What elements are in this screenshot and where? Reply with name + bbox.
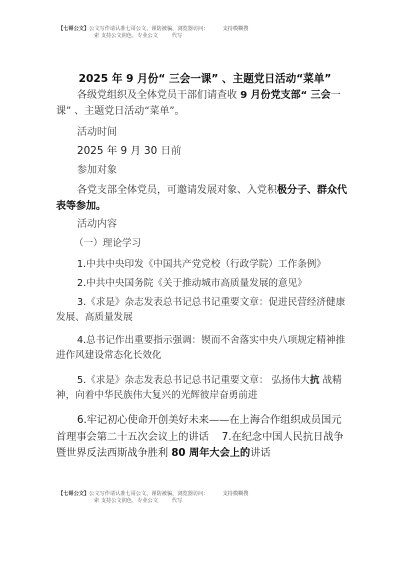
list-item-1: 1.中共中央印发《中国共产党党校（行政学院）工作条例》 xyxy=(56,257,348,272)
document-title: 2025 年 9 月份“ 三会一课” 、主题党日活动“菜单” xyxy=(62,70,348,88)
content-label: 活动内容 xyxy=(56,215,348,234)
footer-banner-tail: 支持模糊搜 xyxy=(222,491,248,497)
intro-highlight: 9 月份党支部“ 三会 xyxy=(240,90,331,101)
list-item-2: 2.中共中央国务院《关于推动城市高质量发展的意见》 xyxy=(56,276,348,291)
header-banner-brand: 【七哥公文】 xyxy=(58,26,89,32)
time-value-suffix: 日前 xyxy=(161,145,182,157)
footer-banner-line2-text: 索 支持公文润色，专业公文 xyxy=(94,498,158,504)
audience-paragraph: 各党支部全体党员，可邀请发展对象、入党积极分子、群众代表等参加。 xyxy=(56,183,348,215)
header-banner-line1: 【七哥公文】公文写作请认准七哥公文，谨防被骗，浏览器访问：支持模糊搜 xyxy=(58,26,308,33)
header-banner-text: 公文写作请认准七哥公文，谨防被骗，浏览器访问： xyxy=(89,26,208,32)
footer-banner-line2-tail: 代写 xyxy=(172,498,182,504)
audience-prefix: 各党支部全体党员，可邀请发展对象、入党积 xyxy=(77,185,277,196)
footer-banner-line1: 【七哥公文】公文写作请认准七哥公文，谨防被骗，浏览器访问：支持模糊搜 xyxy=(58,491,308,498)
item-number: 1. xyxy=(77,259,86,270)
header-banner-line2: 索 支持公文润色，专业公文代写 xyxy=(58,33,308,40)
item-text: 《求是》杂志发表总书记总书记重要文章：促进民营经济健康发展、高质量发展 xyxy=(56,297,345,323)
intro-paragraph: 各级党组织及全体党员干部们请查收 9 月份党支部“ 三会一课” 、主题党日活动“… xyxy=(56,88,348,120)
time-value: 2025 年 9 月 30 日前 xyxy=(56,142,348,161)
header-banner-tail: 支持模糊搜 xyxy=(222,26,248,32)
header-banner: 【七哥公文】公文写作请认准七哥公文，谨防被骗，浏览器访问：支持模糊搜 索 支持公… xyxy=(58,26,308,40)
audience-label: 参加对象 xyxy=(56,161,348,180)
list-item-4: 4.总书记作出重要指示强调：锲而不舍落实中央八项规定精神推进作风建设常态化长效化 xyxy=(56,333,348,363)
item-number: 4. xyxy=(77,335,86,346)
footer-banner: 【七哥公文】公文写作请认准七哥公文，谨防被骗，浏览器访问：支持模糊搜 索 支持公… xyxy=(58,491,308,505)
list-item-5: 5.《求是》杂志发表总书记总书记重要文章： 弘扬伟大抗 战精神，向着中华民族伟大… xyxy=(56,373,348,403)
item-number: 5. xyxy=(77,375,86,386)
document-body: 2025 年 9 月份“ 三会一课” 、主题党日活动“菜单” 各级党组织及全体党… xyxy=(56,70,348,463)
list-item-3: 3.《求是》杂志发表总书记总书记重要文章：促进民营经济健康发展、高质量发展 xyxy=(56,295,348,325)
item-text: 总书记作出重要指示强调：锲而不舍落实中央八项规定精神推进作风建设常态化长效化 xyxy=(56,335,345,361)
intro-prefix: 各级党组织及全体党员干部们请查收 xyxy=(77,90,240,101)
item-number: 7. xyxy=(222,432,232,443)
item-text: 中共中央国务院《关于推动城市高质量发展的意见》 xyxy=(86,278,307,289)
item-text-suffix: 讲话 xyxy=(250,448,270,459)
header-banner-line2-text: 索 支持公文润色，专业公文 xyxy=(94,33,158,39)
item-number: 2. xyxy=(77,278,86,289)
footer-banner-line2: 索 支持公文润色，专业公文代写 xyxy=(58,498,308,505)
list-item-6-7: 6.牢记初心使命开创美好未来——在上海合作组织成员国元首理事会第二十五次会议上的… xyxy=(56,413,348,463)
item-number: 3. xyxy=(77,297,86,308)
footer-banner-brand: 【七哥公文】 xyxy=(58,491,89,497)
time-label: 活动时间 xyxy=(56,123,348,142)
item-text-bold: 80 周年大会上的 xyxy=(171,448,250,459)
footer-banner-text: 公文写作请认准七哥公文，谨防被骗，浏览器访问： xyxy=(89,491,208,497)
item-number: 6. xyxy=(77,415,87,426)
subsection-label: （一）理论学习 xyxy=(56,234,348,253)
item-text: 《求是》杂志发表总书记总书记重要文章： 弘扬伟大 xyxy=(86,375,310,386)
time-value-date: 2025 年 9 月 30 xyxy=(77,145,161,157)
item-text: 中共中央印发《中国共产党党校（行政学院）工作条例》 xyxy=(86,259,326,270)
header-banner-line2-tail: 代写 xyxy=(172,33,182,39)
